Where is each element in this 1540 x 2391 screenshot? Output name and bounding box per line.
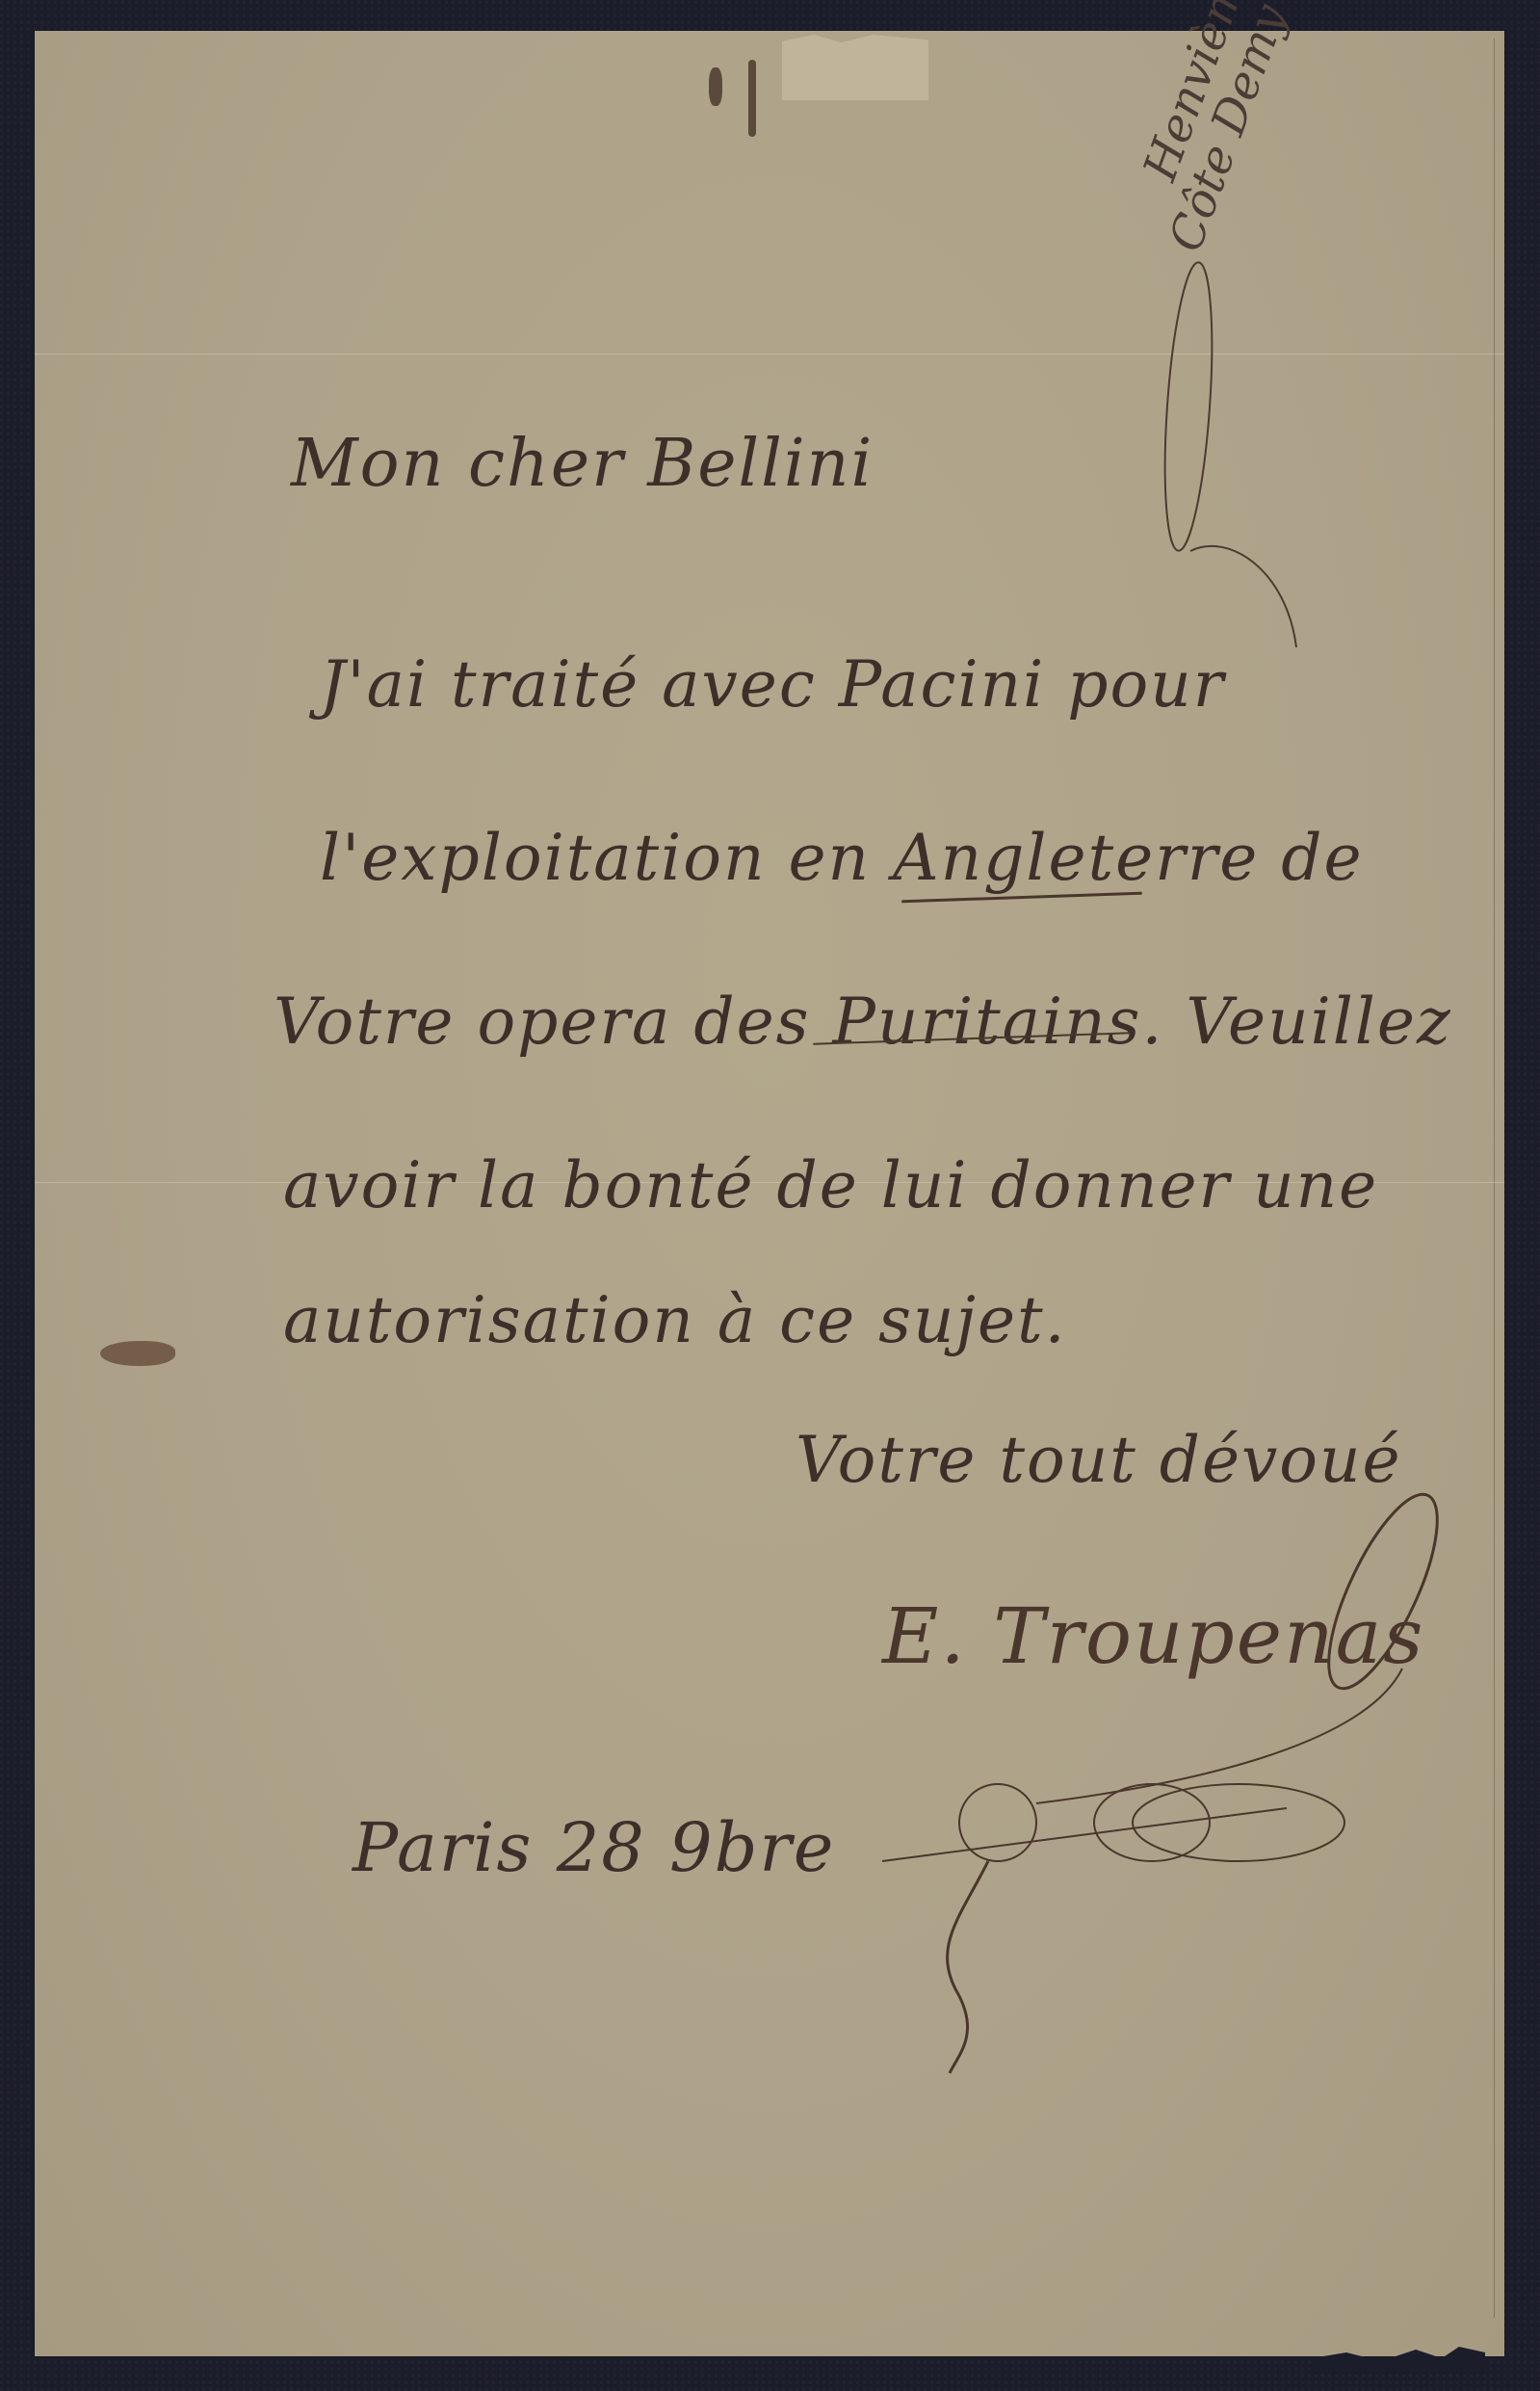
ink-stain [100, 1341, 175, 1366]
paper-crease [35, 354, 1504, 355]
page-edge-fold [1494, 39, 1501, 2318]
dateline: Paris 28 9bre [352, 1808, 835, 1887]
closing: Votre tout dévoué [796, 1423, 1402, 1497]
body-line-3: Votre opera des Puritains. Veuillez [274, 985, 1452, 1059]
letter-sheet: Henvième Côte Demy Mon cher Bellini J'ai… [35, 31, 1504, 2356]
signature: E. Troupenas [882, 1591, 1424, 1681]
tape-residue [782, 35, 928, 100]
torn-corner [1312, 2341, 1485, 2370]
body-line-1: J'ai traité avec Pacini pour [320, 647, 1225, 722]
body-line-4: avoir la bonté de lui donner une [283, 1148, 1378, 1222]
margin-note: Henvième Côte Demy [1007, 0, 1308, 258]
salutation: Mon cher Bellini [291, 426, 874, 502]
ink-drip [709, 67, 722, 106]
body-line-2: l'exploitation en Angleterre de [320, 821, 1364, 895]
ink-drip [748, 60, 756, 137]
body-line-5: autorisation à ce sujet. [283, 1283, 1067, 1357]
